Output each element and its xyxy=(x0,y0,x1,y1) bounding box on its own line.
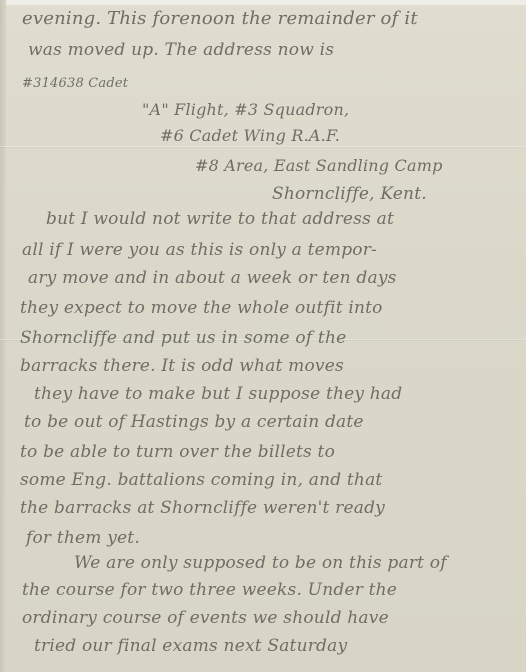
address-line-cadet: #314638 Cadet xyxy=(22,76,128,91)
address-line-wing: #6 Cadet Wing R.A.F. xyxy=(160,126,340,145)
text-line: was moved up. The address now is xyxy=(28,40,334,60)
paper-left-edge xyxy=(0,0,6,672)
text-line: barracks there. It is odd what moves xyxy=(20,356,344,376)
text-line: but I would not write to that address at xyxy=(46,209,394,229)
text-line: to be out of Hastings by a certain date xyxy=(24,412,364,432)
text-line: some Eng. battalions coming in, and that xyxy=(20,470,382,490)
paper-top-edge xyxy=(0,0,526,5)
paper-fold-upper xyxy=(0,146,526,148)
address-line-area: #8 Area, East Sandling Camp xyxy=(195,156,443,175)
text-line: evening. This forenoon the remainder of … xyxy=(22,8,418,29)
text-line: all if I were you as this is only a temp… xyxy=(22,240,377,260)
text-line: We are only supposed to be on this part … xyxy=(74,553,447,573)
text-line: for them yet. xyxy=(26,528,140,548)
letter-page: evening. This forenoon the remainder of … xyxy=(0,0,526,672)
text-line: the course for two three weeks. Under th… xyxy=(22,580,397,600)
text-line: Shorncliffe and put us in some of the xyxy=(20,328,346,348)
text-line: ordinary course of events we should have xyxy=(22,608,389,628)
text-line: tried our final exams next Saturday xyxy=(34,636,347,656)
address-line-town: Shorncliffe, Kent. xyxy=(272,184,427,204)
text-line: to be able to turn over the billets to xyxy=(20,442,335,462)
text-line: the barracks at Shorncliffe weren't read… xyxy=(20,498,385,518)
text-line: they expect to move the whole outfit int… xyxy=(20,298,383,318)
text-line: ary move and in about a week or ten days xyxy=(28,268,397,288)
address-line-flight: "A" Flight, #3 Squadron, xyxy=(142,100,349,119)
text-line: they have to make but I suppose they had xyxy=(34,384,402,404)
